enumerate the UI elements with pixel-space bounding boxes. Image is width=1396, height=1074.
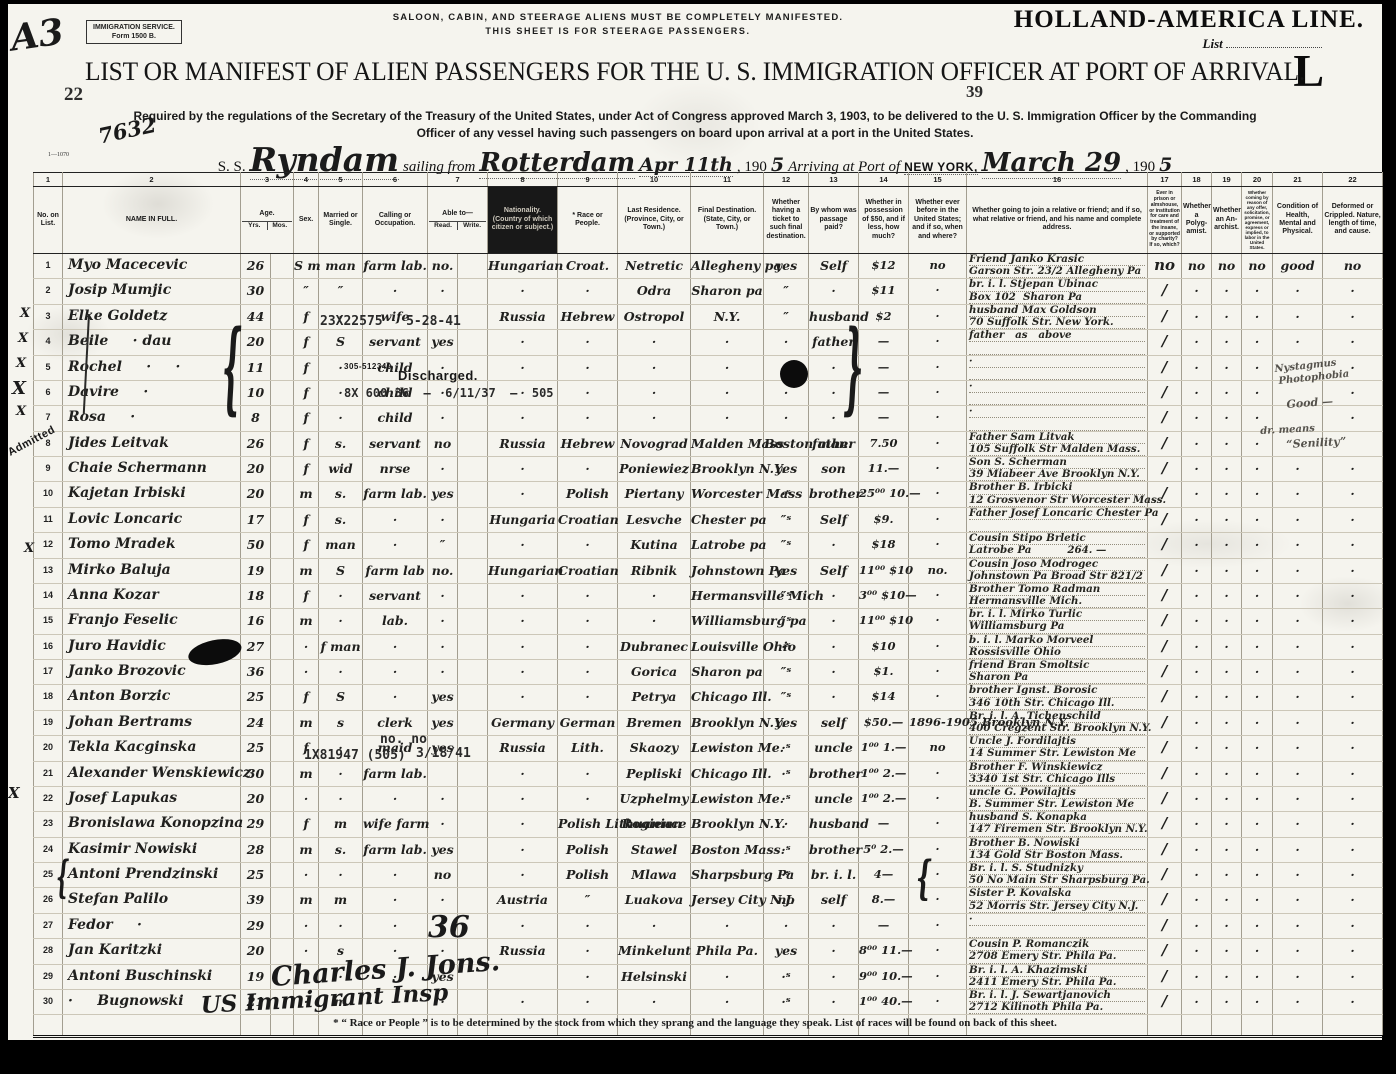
manifest-row: 5Rochel · ·11f·child·······—·· /···· [34, 355, 1383, 380]
cell-write [458, 609, 488, 634]
corner-mark: A3 [8, 11, 66, 60]
cell-race: · [558, 685, 618, 710]
cell-residence: Novograd [618, 431, 691, 456]
cell-relative: Brother B. Irbicki12 Grosvenor Str Worce… [967, 482, 1148, 507]
cell-mos [271, 457, 294, 482]
cell-sex: m [294, 482, 319, 507]
cell-name: Rosa · [63, 406, 241, 431]
cell-before: · [909, 583, 967, 608]
cell-poly: · [1182, 660, 1212, 685]
cell-ticket: · [764, 913, 809, 938]
cell-relative: Sister P. Kovalska52 Morris Str. Jersey … [967, 888, 1148, 913]
cell-calling: farm lab. [363, 837, 428, 862]
cell-paid: Self [809, 558, 859, 583]
relative-line: 50 No Main Str Sharpsburg Pa. [969, 875, 1145, 887]
relative-line: Brother F. Winskiewicz [969, 762, 1145, 774]
cell-write [458, 939, 488, 964]
cell-offer: · [1242, 786, 1273, 811]
cell-yrs: 26 [241, 254, 271, 279]
cell-fifty: $14 [859, 685, 909, 710]
cell-ticket: ·ˢ [764, 989, 809, 1014]
cell-nationality: Hungarian [488, 254, 558, 279]
cell-no: 7 [34, 406, 63, 431]
cell-poly: · [1182, 380, 1212, 405]
cell-mos [271, 837, 294, 862]
cell-read: yes [428, 710, 458, 735]
cell-race: · [558, 786, 618, 811]
cell-health: · [1273, 736, 1323, 761]
cell-paid: · [809, 989, 859, 1014]
cell-before: · [909, 812, 967, 837]
column-label-row: No. on List. NAME IN FULL. Age. Yrs. Mos… [34, 187, 1383, 254]
cell-name: Rochel · · [63, 355, 241, 380]
cell-poly: · [1182, 736, 1212, 761]
cell-relative: husband S. Konapka147 Firemen Str. Brook… [967, 812, 1148, 837]
cell-name: Stefan Palilo [63, 888, 241, 913]
cell-calling: wife [363, 304, 428, 329]
cell-read: · [428, 355, 458, 380]
cell-sex: m [294, 888, 319, 913]
cell-anarch: · [1212, 863, 1242, 888]
col-header-deformed: Deformed or Crippled. Nature, length of … [1323, 187, 1383, 254]
cell-poly: · [1182, 431, 1212, 456]
cell-sex: f [294, 380, 319, 405]
cell-nationality: · [488, 279, 558, 304]
cell-write [458, 279, 488, 304]
cell-ticket: ″ˢ [764, 533, 809, 558]
manifest-row: 10Kajetan Irbiski20ms.farm lab.yes·Polis… [34, 482, 1383, 507]
cell-married: · [319, 863, 363, 888]
cell-calling: · [363, 863, 428, 888]
cell-destination: Chicago Ill. [691, 761, 764, 786]
cell-sex: m [294, 710, 319, 735]
cell-offer: · [1242, 812, 1273, 837]
cell-ticket: ″ˢ [764, 660, 809, 685]
manifest-row: 14Anna Kozar18f·servant····Hermansville … [34, 583, 1383, 608]
cell-nationality: Russia [488, 431, 558, 456]
cell-name: Fedor · [63, 913, 241, 938]
cell-calling: farm lab. [363, 254, 428, 279]
cell-relative: uncle G. PowilajtisB. Summer Str. Lewist… [967, 786, 1148, 811]
relative-line: 14 Summer Str. Lewiston Me [969, 748, 1145, 760]
cell-sex: m [294, 837, 319, 862]
cell-fifty: 3⁰⁰ $10— [859, 583, 909, 608]
manifest-row: 26Stefan Palilo39mm··Austria″LuakovaJers… [34, 888, 1383, 913]
cell-deformed: · [1323, 939, 1383, 964]
cell-race: · [558, 989, 618, 1014]
cell-poly: · [1182, 710, 1212, 735]
manifest-row: 27Fedor ·29··········—·· /····· [34, 913, 1383, 938]
cell-prison: / [1148, 355, 1182, 380]
col-header-nationality: Nationality. (Country of which citizen o… [488, 187, 558, 254]
cell-fifty: $11 [859, 279, 909, 304]
cell-no: 14 [34, 583, 63, 608]
cell-deformed: · [1323, 989, 1383, 1014]
cell-prison: / [1148, 989, 1182, 1014]
cell-nationality: Russia [488, 736, 558, 761]
cell-poly: · [1182, 457, 1212, 482]
manifest-row: 28Jan Karitzki20·s··Russia·MinkeluntPhil… [34, 939, 1383, 964]
col-num-15: 15 [909, 173, 967, 187]
cell-fifty: $10 [859, 634, 909, 659]
cell-no: 8 [34, 431, 63, 456]
col-header-able: Able to— Read. Write. [428, 187, 488, 254]
cell-nationality: Hungarian [488, 558, 558, 583]
cell-read: yes [428, 482, 458, 507]
cell-nationality: · [488, 355, 558, 380]
cell-race: Polish Lithuanian [558, 812, 618, 837]
cell-deformed: · [1323, 736, 1383, 761]
cell-poly: · [1182, 964, 1212, 989]
cell-destination: Johnstown Pa [691, 558, 764, 583]
cell-nationality: · [488, 660, 558, 685]
cell-residence: Minkelunt [618, 939, 691, 964]
cell-deformed: · [1323, 964, 1383, 989]
cell-anarch: · [1212, 609, 1242, 634]
relative-line: · [969, 914, 1145, 926]
cell-prison: / [1148, 863, 1182, 888]
cell-residence: Gorica [618, 660, 691, 685]
cell-paid: · [809, 406, 859, 431]
cell-read: no. [428, 254, 458, 279]
cell-offer: · [1242, 913, 1273, 938]
cell-deformed: · [1323, 583, 1383, 608]
cell-destination: Brooklyn N.Y. [691, 710, 764, 735]
manifest-row: 19Johan Bertrams24msclerkyesGermanyGerma… [34, 710, 1383, 735]
cell-paid: · [809, 279, 859, 304]
cell-offer: · [1242, 964, 1273, 989]
cell-deformed: · [1323, 888, 1383, 913]
cell-no: 13 [34, 558, 63, 583]
cell-race: · [558, 355, 618, 380]
cell-read: · [428, 406, 458, 431]
cell-read: yes [428, 685, 458, 710]
cell-race: · [558, 330, 618, 355]
cell-fifty: $18 [859, 533, 909, 558]
manifest-table: 1 2 3 4 5 6 7 8 9 10 11 12 13 14 15 16 1 [33, 172, 1383, 1038]
manifest-row: 22Josef Lapukas20······UzphelmyLewiston … [34, 786, 1383, 811]
cell-nationality: · [488, 913, 558, 938]
cell-calling: clerk [363, 710, 428, 735]
cell-mos [271, 482, 294, 507]
cell-residence: Piertany [618, 482, 691, 507]
cell-yrs: 19 [241, 558, 271, 583]
manifest-row: 1Myo Macecevic26S mmanfarm lab.no.Hungar… [34, 254, 1383, 279]
cell-relative: Br. i. l. A. Tichenschild400 Cregzent St… [967, 710, 1148, 735]
cell-poly: · [1182, 685, 1212, 710]
relative-line: 346 10th Str. Chicago Ill. [969, 698, 1145, 710]
cell-residence: Uzphelmy [618, 786, 691, 811]
cell-residence: · [618, 609, 691, 634]
cell-read: yes [428, 964, 458, 989]
cell-sex: · [294, 660, 319, 685]
cell-sex: · [294, 863, 319, 888]
col-num-16: 16 [967, 173, 1148, 187]
cell-offer: · [1242, 304, 1273, 329]
cell-nationality: · [488, 406, 558, 431]
cell-race: · [558, 634, 618, 659]
cell-name: Antoni Buschinski [63, 964, 241, 989]
relative-line: 52 Morris Str. Jersey City N.J. [969, 901, 1145, 913]
cell-nationality: Russia [488, 304, 558, 329]
cell-prison: / [1148, 431, 1182, 456]
cell-relative: Br. i. l. S. Studnizky50 No Main Str Sha… [967, 863, 1148, 888]
cell-relative: Father Sam Litvak105 Suffolk Str Malden … [967, 431, 1148, 456]
col-header-residence: Last Residence. (Province, City, or Town… [618, 187, 691, 254]
cell-read [428, 304, 458, 329]
col-header-before: Whether ever before in the United States… [909, 187, 967, 254]
cell-married: f man [319, 634, 363, 659]
required-line1: Required by the regulations of the Secre… [8, 108, 1382, 125]
cell-ticket: ″ˢ [764, 507, 809, 532]
cell-poly: · [1182, 761, 1212, 786]
cell-nationality [488, 964, 558, 989]
cell-prison: / [1148, 558, 1182, 583]
cell-married: man [319, 533, 363, 558]
cell-read: yes [428, 837, 458, 862]
cell-offer: · [1242, 685, 1273, 710]
cell-before: · [909, 330, 967, 355]
cell-yrs: 20 [241, 482, 271, 507]
cell-deformed: · [1323, 609, 1383, 634]
cell-residence: Ribnik [618, 558, 691, 583]
manifest-row: 25Antoni Prendzinski25···no·PolishMlawaS… [34, 863, 1383, 888]
cell-relative: · [967, 406, 1148, 431]
cell-name: Mirko Baluja [63, 558, 241, 583]
cell-nationality: · [488, 330, 558, 355]
cell-health: · [1273, 558, 1323, 583]
cell-sex: · [294, 989, 319, 1014]
cell-before: · [909, 863, 967, 888]
manifest-row: 2Josip Mumjic30″″····OdraSharon pa″·$11·… [34, 279, 1383, 304]
cell-health: · [1273, 888, 1323, 913]
cell-health: · [1273, 761, 1323, 786]
cell-sex: m [294, 761, 319, 786]
cell-before: · [909, 837, 967, 862]
manifest-row: 12Tomo Mradek50fman·″··KutinaLatrobe pa″… [34, 533, 1383, 558]
cell-residence: Rogience [618, 812, 691, 837]
cell-no: 20 [34, 736, 63, 761]
manifest-row: 11Lovic Loncaric17fs.··HungariaCroatianL… [34, 507, 1383, 532]
cell-anarch: no [1212, 254, 1242, 279]
cell-paid: brother [809, 761, 859, 786]
cell-health: · [1273, 837, 1323, 862]
cell-health: · [1273, 685, 1323, 710]
cell-relative: · [967, 355, 1148, 380]
cell-destination: · [691, 989, 764, 1014]
col-num-14: 14 [859, 173, 909, 187]
manifest-row: 29Antoni Buschinski19···yes·Helsinski··ˢ… [34, 964, 1383, 989]
cell-yrs: 10 [241, 380, 271, 405]
cell-deformed: · [1323, 837, 1383, 862]
relative-line: Rossisville Ohio [969, 647, 1145, 659]
cell-deformed: · [1323, 279, 1383, 304]
cell-deformed: · [1323, 355, 1383, 380]
cell-name: Jan Karitzki [63, 939, 241, 964]
cell-relative: Br. i. l. A. Khazimski2411 Emery Str. Ph… [967, 964, 1148, 989]
cell-paid: husband [809, 304, 859, 329]
cell-name: Tomo Mradek [63, 533, 241, 558]
cell-anarch: · [1212, 634, 1242, 659]
cell-sex: f [294, 457, 319, 482]
relative-line: Brother B. Nowiski [969, 838, 1145, 850]
cell-write [458, 380, 488, 405]
relative-line [969, 368, 1145, 380]
cell-write [458, 355, 488, 380]
cell-race: ″ [558, 888, 618, 913]
cell-before: · [909, 279, 967, 304]
cell-residence: Odra [618, 279, 691, 304]
cell-offer: · [1242, 406, 1273, 431]
cell-prison: / [1148, 939, 1182, 964]
relative-line: Brother B. Irbicki [969, 482, 1145, 494]
service-name: IMMIGRATION SERVICE. [93, 23, 175, 32]
cell-relative: Friend Janko KrasicGarson Str. 23/2 Alle… [967, 254, 1148, 279]
relative-line: 400 Cregzent Str. Brooklyn N.Y. [969, 723, 1145, 735]
cell-deformed: · [1323, 786, 1383, 811]
cell-prison: / [1148, 457, 1182, 482]
cell-calling: servant [363, 583, 428, 608]
cell-offer: · [1242, 761, 1273, 786]
notice-line2: THIS SHEET IS FOR STEERAGE PASSENGERS. [338, 26, 898, 36]
cell-relative: husband Max Goldson70 Suffolk Str. New Y… [967, 304, 1148, 329]
cell-relative: Uncle J. Fordilajtis14 Summer Str. Lewis… [967, 736, 1148, 761]
cell-paid: brother [809, 482, 859, 507]
cell-residence: Luakova [618, 888, 691, 913]
cell-calling: · [363, 685, 428, 710]
cell-read: · [428, 609, 458, 634]
relative-line: 39 Miabeer Ave Brooklyn N.Y. [969, 469, 1145, 481]
cell-offer: · [1242, 837, 1273, 862]
cell-write [458, 786, 488, 811]
relative-line: 2411 Emery Str. Phila Pa. [969, 977, 1145, 989]
cell-nationality: · [488, 609, 558, 634]
cell-destination: Sharpsburg Pa [691, 863, 764, 888]
cell-fifty: 8⁰⁰ 11.— [859, 939, 909, 964]
cell-sex: f [294, 812, 319, 837]
cell-married: S [319, 685, 363, 710]
cell-relative: br. i. l. Stjepan UbinacBox 102 Sharon P… [967, 279, 1148, 304]
col-header-offer: Whether coming by reason of any offer, s… [1242, 187, 1273, 254]
cell-yrs: 30 [241, 279, 271, 304]
cell-health: · [1273, 330, 1323, 355]
cell-anarch: · [1212, 660, 1242, 685]
cell-health [1273, 431, 1323, 456]
cell-before: · [909, 304, 967, 329]
cell-deformed: · [1323, 685, 1383, 710]
cell-fifty: 1⁰⁰ 2.— [859, 786, 909, 811]
cell-offer: · [1242, 660, 1273, 685]
cell-sex: f [294, 583, 319, 608]
cell-deformed [1323, 431, 1383, 456]
cell-prison: / [1148, 710, 1182, 735]
relative-line: Sharon Pa [969, 672, 1145, 684]
margin-x: X [8, 784, 20, 802]
cell-yrs: 19 [241, 964, 271, 989]
col-num-6: 6 [363, 173, 428, 187]
cell-destination: Worcester Mass [691, 482, 764, 507]
cell-mos [271, 913, 294, 938]
cell-read: · [428, 507, 458, 532]
cell-deformed: · [1323, 304, 1383, 329]
cell-mos [271, 583, 294, 608]
cell-sex: f [294, 685, 319, 710]
cell-no: 30 [34, 989, 63, 1014]
relative-line: · [969, 406, 1145, 418]
cell-health: · [1273, 913, 1323, 938]
cell-write [458, 660, 488, 685]
cell-married: · [319, 609, 363, 634]
cell-read: · [428, 989, 458, 1014]
margin-x: X [16, 356, 26, 371]
cell-deformed: · [1323, 533, 1383, 558]
cell-offer: · [1242, 609, 1273, 634]
cell-name: Alexander Wenskiewicz [63, 761, 241, 786]
cell-nationality: · [488, 837, 558, 862]
relative-line: Hermansville Mich. [969, 596, 1145, 608]
col-header-prison: Ever in prison or almshouse, or institut… [1148, 187, 1182, 254]
cell-prison: / [1148, 279, 1182, 304]
cell-fifty: 1⁰⁰ 1.— [859, 736, 909, 761]
cell-paid: self [809, 710, 859, 735]
cell-calling: · [363, 634, 428, 659]
cell-poly: · [1182, 634, 1212, 659]
relative-line [969, 342, 1145, 354]
cell-anarch: · [1212, 888, 1242, 913]
cell-before: · [909, 761, 967, 786]
cell-before: no [909, 254, 967, 279]
cell-before: · [909, 355, 967, 380]
cell-prison: / [1148, 685, 1182, 710]
cell-prison: / [1148, 786, 1182, 811]
cell-nationality: · [488, 634, 558, 659]
cell-offer: · [1242, 355, 1273, 380]
cell-health: · [1273, 583, 1323, 608]
col-header-yrs: Yrs. [242, 222, 268, 230]
cell-prison: no [1148, 254, 1182, 279]
cell-anarch: · [1212, 533, 1242, 558]
cell-deformed: · [1323, 330, 1383, 355]
cell-fifty: 4— [859, 863, 909, 888]
cell-poly: · [1182, 406, 1212, 431]
cell-nationality: · [488, 482, 558, 507]
cell-destination: Hermansville Mich [691, 583, 764, 608]
cell-nationality: · [488, 685, 558, 710]
cell-destination: Sharon pa [691, 660, 764, 685]
cell-yrs: 27 [241, 634, 271, 659]
cell-before: · [909, 507, 967, 532]
col-header-mos: Mos. [268, 222, 293, 230]
cell-destination: Latrobe pa [691, 533, 764, 558]
cell-anarch: · [1212, 431, 1242, 456]
relative-line: 12 Grosvenor Str Worcester Mass. [969, 495, 1145, 507]
relative-line [969, 926, 1145, 938]
cell-prison: / [1148, 533, 1182, 558]
cell-before: · [909, 406, 967, 431]
cell-write [458, 837, 488, 862]
cell-before: · [909, 888, 967, 913]
relative-line: Father Josef Loncaric Chester Pa [969, 508, 1145, 520]
cell-no: 3 [34, 304, 63, 329]
relative-line: brother Ignst. Borosic [969, 685, 1145, 697]
cell-nationality: · [488, 863, 558, 888]
cell-residence: · [618, 406, 691, 431]
cell-residence: Ostropol [618, 304, 691, 329]
cell-write [458, 482, 488, 507]
cell-calling: · [363, 989, 428, 1014]
cell-deformed: · [1323, 863, 1383, 888]
cell-paid: · [809, 634, 859, 659]
